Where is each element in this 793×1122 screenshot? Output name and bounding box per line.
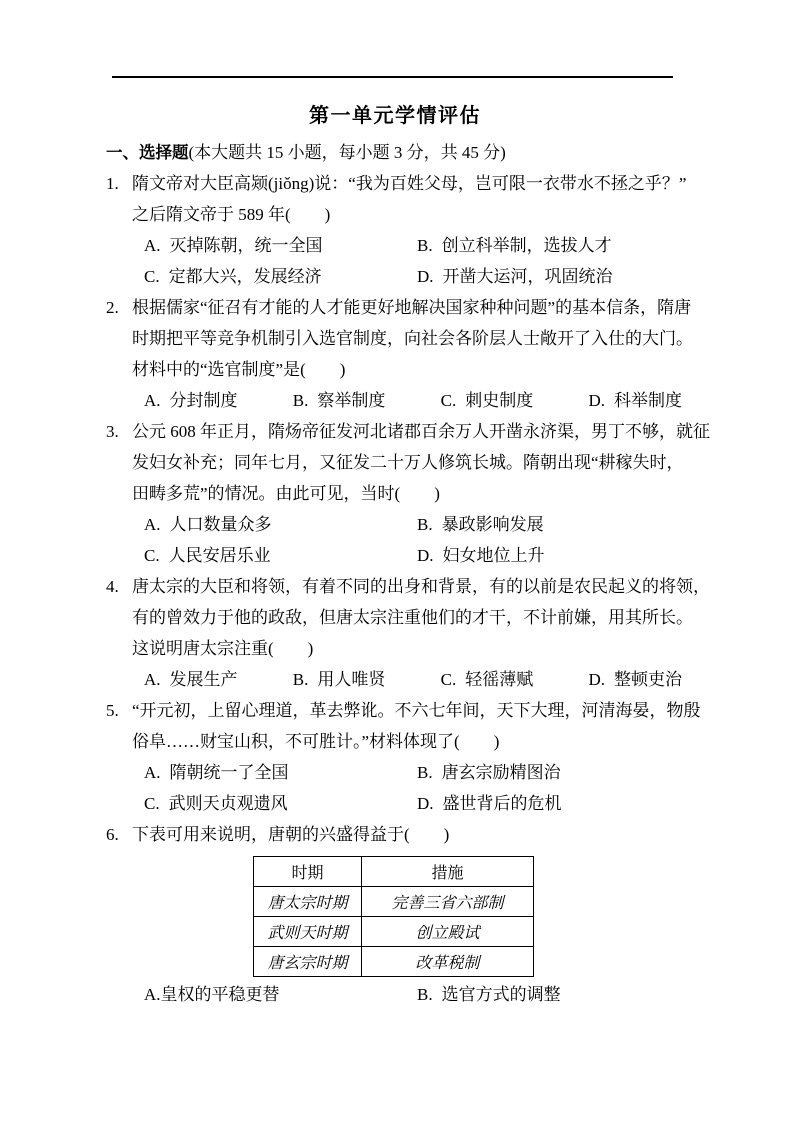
question-1: 1.隋文帝对大臣高颎(jiǒng)说：“我为百姓父母，岂可限一衣带水不拯之乎？”… [106, 168, 684, 292]
table-cell-period: 武则天时期 [254, 917, 362, 947]
option-6-b: B.选官方式的调整 [417, 979, 684, 1010]
question-1-number: 1. [106, 168, 132, 199]
option-1-c: C.定都大兴，发展经济 [144, 261, 417, 292]
question-6-text: 下表可用来说明，唐朝的兴盛得益于( ) [132, 825, 449, 844]
option-6-a: A.皇权的平稳更替 [144, 979, 417, 1010]
option-2-d: D.科举制度 [588, 385, 682, 416]
question-4-line-1: 4.唐太宗的大臣和将领，有着不同的出身和背景，有的以前是农民起义的将领， [106, 571, 684, 602]
option-3-a: A.人口数量众多 [144, 509, 417, 540]
option-3-c: C.人民安居乐业 [144, 540, 417, 571]
question-4-options-row: A.发展生产 B.用人唯贤 C.轻徭薄赋 D.整顿吏治 [144, 664, 682, 695]
option-1-d: D.开凿大运河，巩固统治 [417, 261, 684, 292]
option-3-d: D.妇女地位上升 [417, 540, 684, 571]
option-4-d: D.整顿吏治 [588, 664, 682, 695]
question-3-line-3: 田畴多荒”的情况。由此可见，当时( ) [106, 478, 684, 509]
question-3-line-2: 发妇女补充；同年七月，又征发二十万人修筑长城。隋朝出现“耕稼失时， [106, 447, 684, 478]
table-cell-measure: 完善三省六部制 [362, 887, 534, 917]
option-2-b: B.察举制度 [293, 385, 386, 416]
question-5-line-1: 5.“开元初，上留心理道，革去弊讹。不六七年间，天下大理，河清海晏，物殷 [106, 695, 684, 726]
option-1-b: B.创立科举制，选拔人才 [417, 230, 684, 261]
question-5-options-row-1: A.隋朝统一了全国 B.唐玄宗励精图治 [106, 757, 684, 788]
option-3-b: B.暴政影响发展 [417, 509, 684, 540]
option-2-a: A.分封制度 [144, 385, 238, 416]
question-5: 5.“开元初，上留心理道，革去弊讹。不六七年间，天下大理，河清海晏，物殷 俗阜…… [106, 695, 684, 819]
option-5-d: D.盛世背后的危机 [417, 788, 684, 819]
page-title: 第一单元学情评估 [106, 97, 684, 133]
question-4-text: 唐太宗的大臣和将领，有着不同的出身和背景，有的以前是农民起义的将领， [132, 577, 710, 596]
question-1-line-2: 之后隋文帝于 589 年( ) [106, 199, 684, 230]
option-2-c: C.刺史制度 [441, 385, 534, 416]
question-4: 4.唐太宗的大臣和将领，有着不同的出身和背景，有的以前是农民起义的将领， 有的曾… [106, 571, 684, 695]
table-header-period: 时期 [254, 857, 362, 887]
question-6-options-row: A.皇权的平稳更替 B.选官方式的调整 [106, 979, 684, 1010]
question-2-text: 根据儒家“征召有才能的人才能更好地解决国家种种问题”的基本信条，隋唐 [132, 298, 691, 317]
table-cell-measure: 改革税制 [362, 947, 534, 977]
question-2-options-row: A.分封制度 B.察举制度 C.刺史制度 D.科举制度 [144, 385, 682, 416]
question-2-line-1: 2.根据儒家“征召有才能的人才能更好地解决国家种种问题”的基本信条，隋唐 [106, 292, 684, 323]
option-4-b: B.用人唯贤 [293, 664, 386, 695]
question-5-line-2: 俗阜……财宝山积，不可胜计。”材料体现了( ) [106, 726, 684, 757]
question-5-text: “开元初，上留心理道，革去弊讹。不六七年间，天下大理，河清海晏，物殷 [132, 701, 701, 720]
section-heading-rest: (本大题共 15 小题，每小题 3 分，共 45 分) [189, 143, 506, 162]
question-2-number: 2. [106, 292, 132, 323]
option-5-b: B.唐玄宗励精图治 [417, 757, 684, 788]
question-4-line-3: 这说明唐太宗注重( ) [106, 633, 684, 664]
question-5-options-row-2: C.武则天贞观遗风 D.盛世背后的危机 [106, 788, 684, 819]
table-row: 唐玄宗时期 改革税制 [254, 947, 534, 977]
table-header-measure: 措施 [362, 857, 534, 887]
option-5-c: C.武则天贞观遗风 [144, 788, 417, 819]
question-1-text: 隋文帝对大臣高颎(jiǒng)说：“我为百姓父母，岂可限一衣带水不拯之乎？” [132, 174, 686, 193]
question-4-number: 4. [106, 571, 132, 602]
question-2: 2.根据儒家“征召有才能的人才能更好地解决国家种种问题”的基本信条，隋唐 时期把… [106, 292, 684, 416]
question-1-options-row-1: A.灭掉陈朝，统一全国 B.创立科举制，选拔人才 [106, 230, 684, 261]
question-3-number: 3. [106, 416, 132, 447]
question-4-line-2: 有的曾效力于他的政敌，但唐太宗注重他们的才干，不计前嫌，用其所长。 [106, 602, 684, 633]
option-1-a: A.灭掉陈朝，统一全国 [144, 230, 417, 261]
table-row: 唐太宗时期 完善三省六部制 [254, 887, 534, 917]
header-rule [112, 76, 673, 78]
section-heading-bold: 一、选择题 [106, 143, 189, 162]
question-6: 6.下表可用来说明，唐朝的兴盛得益于( ) 时期 措施 唐太宗时期 完善三省六部… [106, 819, 684, 1010]
question-1-line-1: 1.隋文帝对大臣高颎(jiǒng)说：“我为百姓父母，岂可限一衣带水不拯之乎？” [106, 168, 684, 199]
question-3-options-row-1: A.人口数量众多 B.暴政影响发展 [106, 509, 684, 540]
question-3-text: 公元 608 年正月，隋炀帝征发河北诸郡百余万人开凿永济渠，男丁不够，就征 [132, 422, 710, 441]
question-3-line-1: 3.公元 608 年正月，隋炀帝征发河北诸郡百余万人开凿永济渠，男丁不够，就征 [106, 416, 684, 447]
option-5-a: A.隋朝统一了全国 [144, 757, 417, 788]
question-6-line-1: 6.下表可用来说明，唐朝的兴盛得益于( ) [106, 819, 684, 850]
question-3: 3.公元 608 年正月，隋炀帝征发河北诸郡百余万人开凿永济渠，男丁不够，就征 … [106, 416, 684, 571]
question-1-options-row-2: C.定都大兴，发展经济 D.开凿大运河，巩固统治 [106, 261, 684, 292]
section-heading: 一、选择题(本大题共 15 小题，每小题 3 分，共 45 分) [106, 137, 684, 168]
question-2-line-3: 材料中的“选官制度”是( ) [106, 354, 684, 385]
question-2-line-2: 时期把平等竞争机制引入选官制度，向社会各阶层人士敞开了入仕的大门。 [106, 323, 684, 354]
option-4-c: C.轻徭薄赋 [441, 664, 534, 695]
question-6-number: 6. [106, 819, 132, 850]
table-row: 武则天时期 创立殿试 [254, 917, 534, 947]
option-4-a: A.发展生产 [144, 664, 238, 695]
table-cell-period: 唐太宗时期 [254, 887, 362, 917]
page-content: 第一单元学情评估 一、选择题(本大题共 15 小题，每小题 3 分，共 45 分… [106, 97, 684, 1010]
table-header-row: 时期 措施 [254, 857, 534, 887]
table-cell-measure: 创立殿试 [362, 917, 534, 947]
question-6-table: 时期 措施 唐太宗时期 完善三省六部制 武则天时期 创立殿试 唐玄宗时期 改革税… [253, 856, 534, 977]
table-cell-period: 唐玄宗时期 [254, 947, 362, 977]
question-5-number: 5. [106, 695, 132, 726]
question-3-options-row-2: C.人民安居乐业 D.妇女地位上升 [106, 540, 684, 571]
